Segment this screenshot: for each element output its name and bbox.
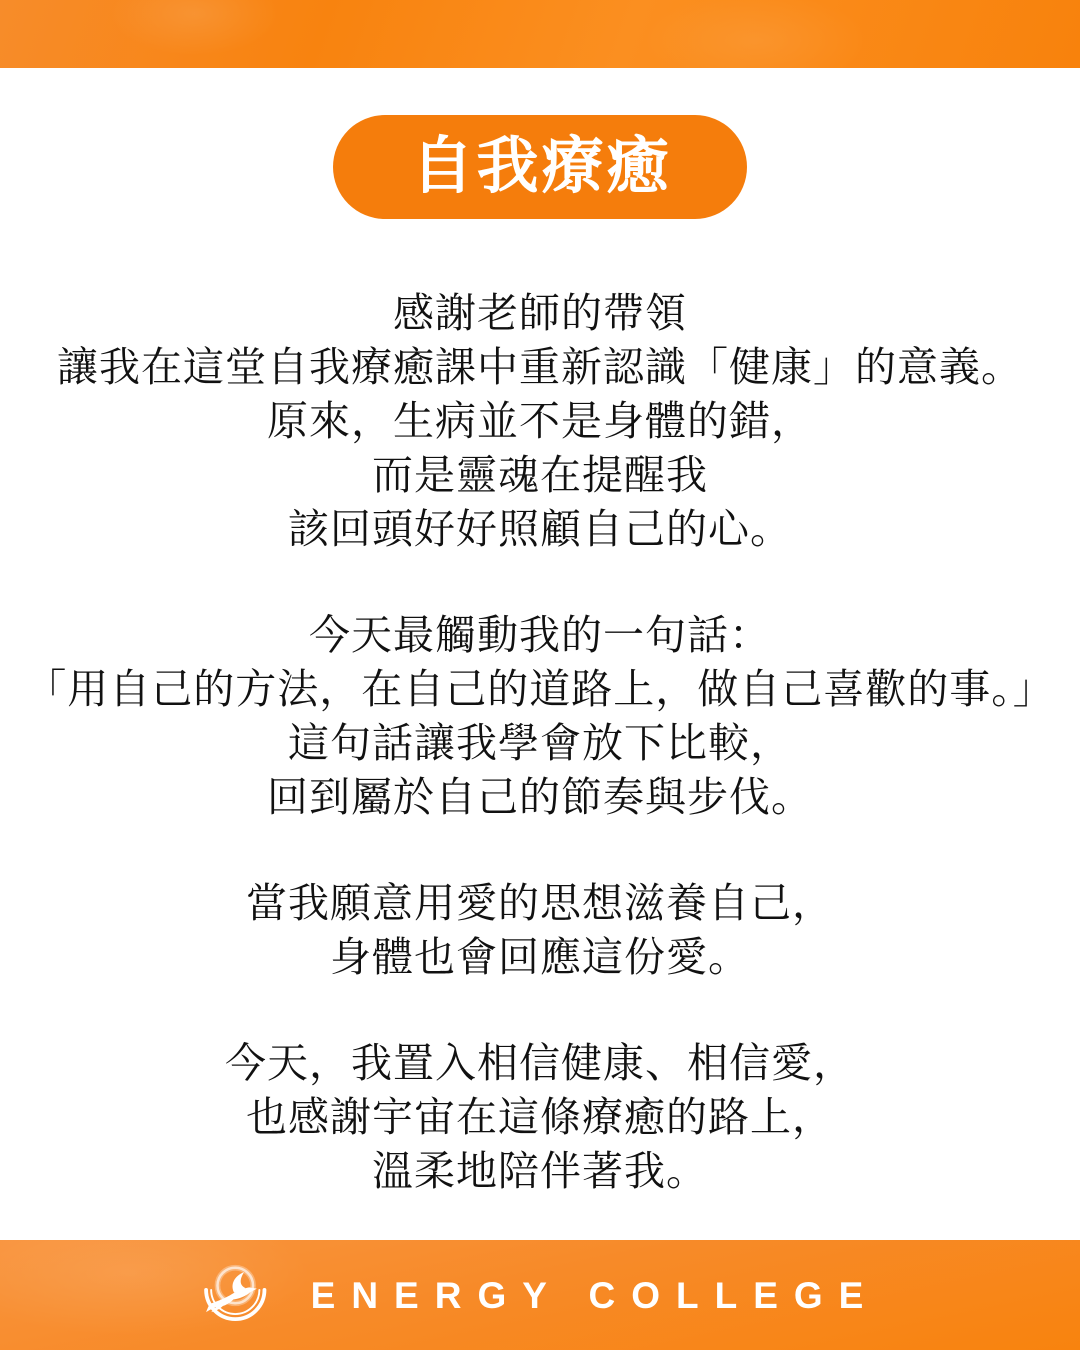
quote-poster: 自我療癒 感謝老師的帶領 讓我在這堂自我療癒課中重新認識「健康」的意義。 原來，… <box>0 0 1080 1350</box>
body-paragraph-1: 感謝老師的帶領 讓我在這堂自我療癒課中重新認識「健康」的意義。 原來，生病並不是… <box>0 286 1080 556</box>
body-paragraph-4: 今天，我置入相信健康、相信愛， 也感謝宇宙在這條療癒的路上， 溫柔地陪伴著我。 <box>0 1036 1080 1198</box>
brand-name: ENERGY COLLEGE <box>303 1277 880 1314</box>
dove-in-rings-icon <box>201 1264 267 1326</box>
body-paragraph-2: 今天最觸動我的一句話： 「用自己的方法，在自己的道路上，做自己喜歡的事。」 這句… <box>0 608 1080 824</box>
title-badge-label: 自我療癒 <box>408 136 671 198</box>
body-paragraph-3: 當我願意用愛的思想滋養自己， 身體也會回應這份愛。 <box>0 876 1080 984</box>
footer-band: ENERGY COLLEGE <box>0 1240 1080 1350</box>
top-orange-band <box>0 0 1080 68</box>
title-badge: 自我療癒 <box>333 115 747 219</box>
body-text-block: 感謝老師的帶領 讓我在這堂自我療癒課中重新認識「健康」的意義。 原來，生病並不是… <box>0 286 1080 1198</box>
